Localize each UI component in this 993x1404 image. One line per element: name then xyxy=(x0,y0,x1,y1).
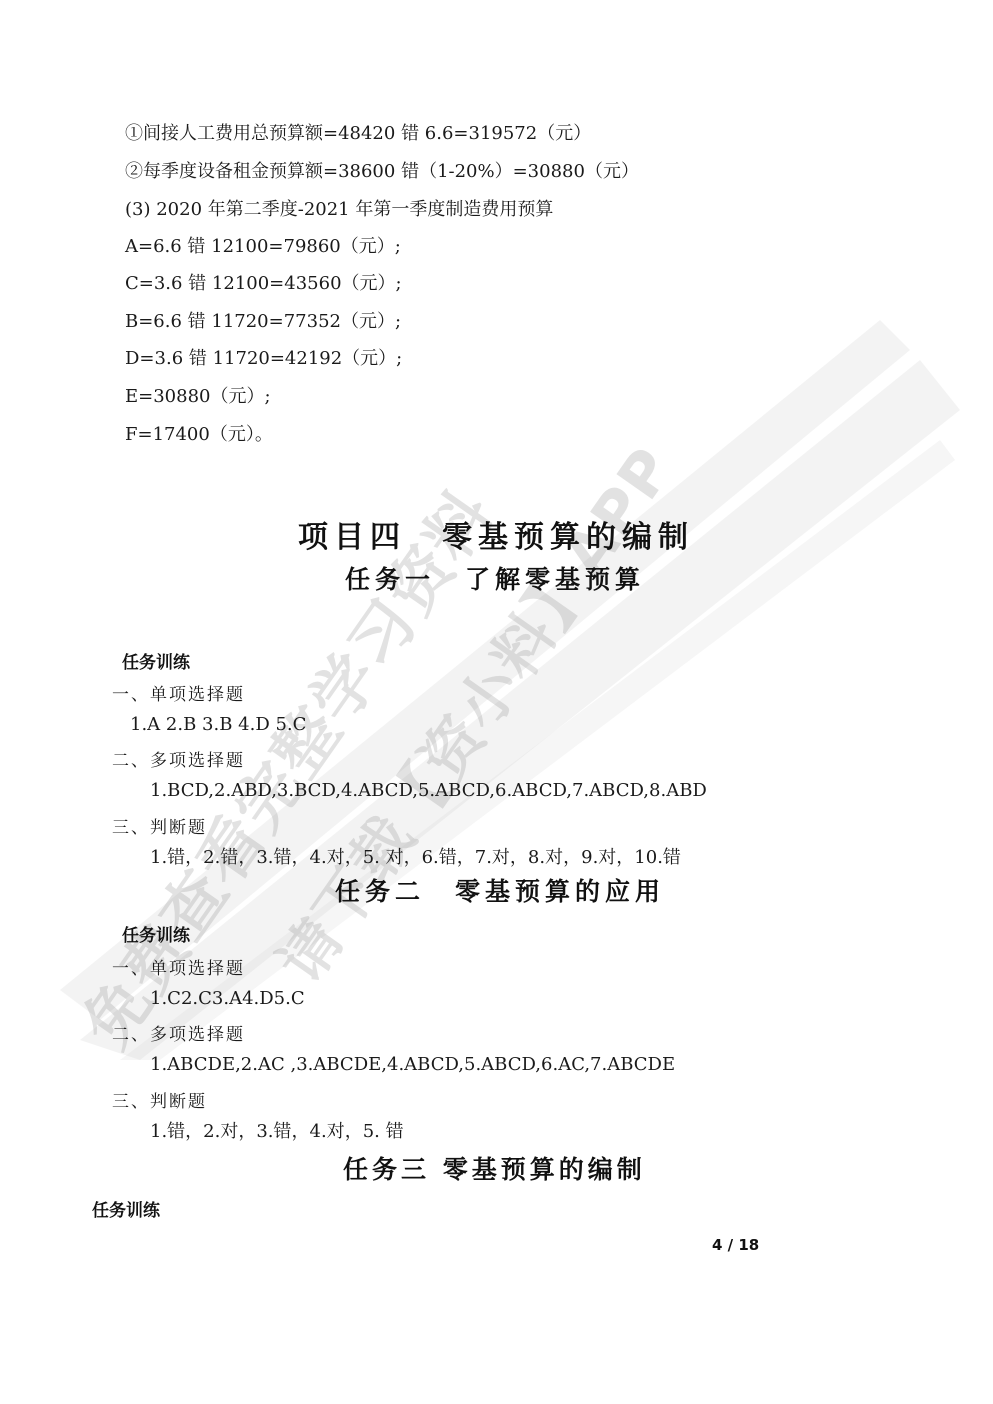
page-indicator: 4 / 18 xyxy=(712,1236,759,1254)
calc-line-d: D=3.6 错 11720=42192（元）; xyxy=(125,347,402,371)
task1-title: 任务一 了解零基预算 xyxy=(345,560,645,596)
calc-line-budget-heading: (3) 2020 年第二季度-2021 年第一季度制造费用预算 xyxy=(125,198,553,222)
task2-single-choice-answers: 1.C2.C3.A4.D5.C xyxy=(150,987,305,1011)
calc-line-b: B=6.6 错 11720=77352（元）; xyxy=(125,310,401,334)
task1-training-label: 任务训练 xyxy=(122,648,190,673)
task1-single-choice-label: 一、单项选择题 xyxy=(112,680,245,705)
calc-line-indirect-labor: ①间接人工费用总预算额=48420 错 6.6=319572（元） xyxy=(125,122,591,146)
task1-multi-choice-label: 二、多项选择题 xyxy=(112,746,245,771)
task2-true-false-label: 三、判断题 xyxy=(112,1087,207,1112)
calc-line-f: F=17400（元）。 xyxy=(125,423,273,447)
project-title: 项目四 零基预算的编制 xyxy=(298,512,694,556)
task3-training-label: 任务训练 xyxy=(92,1196,160,1221)
task1-true-false-answers: 1.错，2.错，3.错，4.对，5. 对，6.错，7.对，8.对，9.对，10.… xyxy=(150,846,681,870)
task2-multi-choice-label: 二、多项选择题 xyxy=(112,1020,245,1045)
task1-true-false-label: 三、判断题 xyxy=(112,813,207,838)
calc-line-a: A=6.6 错 12100=79860（元）; xyxy=(125,235,401,259)
task1-multi-choice-answers: 1.BCD,2.ABD,3.BCD,4.ABCD,5.ABCD,6.ABCD,7… xyxy=(150,779,707,803)
task2-true-false-answers: 1.错，2.对，3.错，4.对，5. 错 xyxy=(150,1120,404,1144)
task2-multi-choice-answers: 1.ABCDE,2.AC ,3.ABCDE,4.ABCD,5.ABCD,6.AC… xyxy=(150,1053,675,1077)
task1-single-choice-answers: 1.A 2.B 3.B 4.D 5.C xyxy=(130,713,306,737)
task3-title: 任务三 零基预算的编制 xyxy=(343,1150,646,1186)
task2-single-choice-label: 一、单项选择题 xyxy=(112,954,245,979)
calc-line-e: E=30880（元）; xyxy=(125,385,271,409)
calc-line-c: C=3.6 错 12100=43560（元）; xyxy=(125,272,402,296)
task2-training-label: 任务训练 xyxy=(122,921,190,946)
document-page: 免费查看完整学习资料 请下载【资小料】APP ①间接人工费用总预算额=48420… xyxy=(0,0,993,1404)
task2-title: 任务二 零基预算的应用 xyxy=(335,872,665,908)
calc-line-equipment-rent: ②每季度设备租金预算额=38600 错（1-20%）=30880（元） xyxy=(125,160,639,184)
